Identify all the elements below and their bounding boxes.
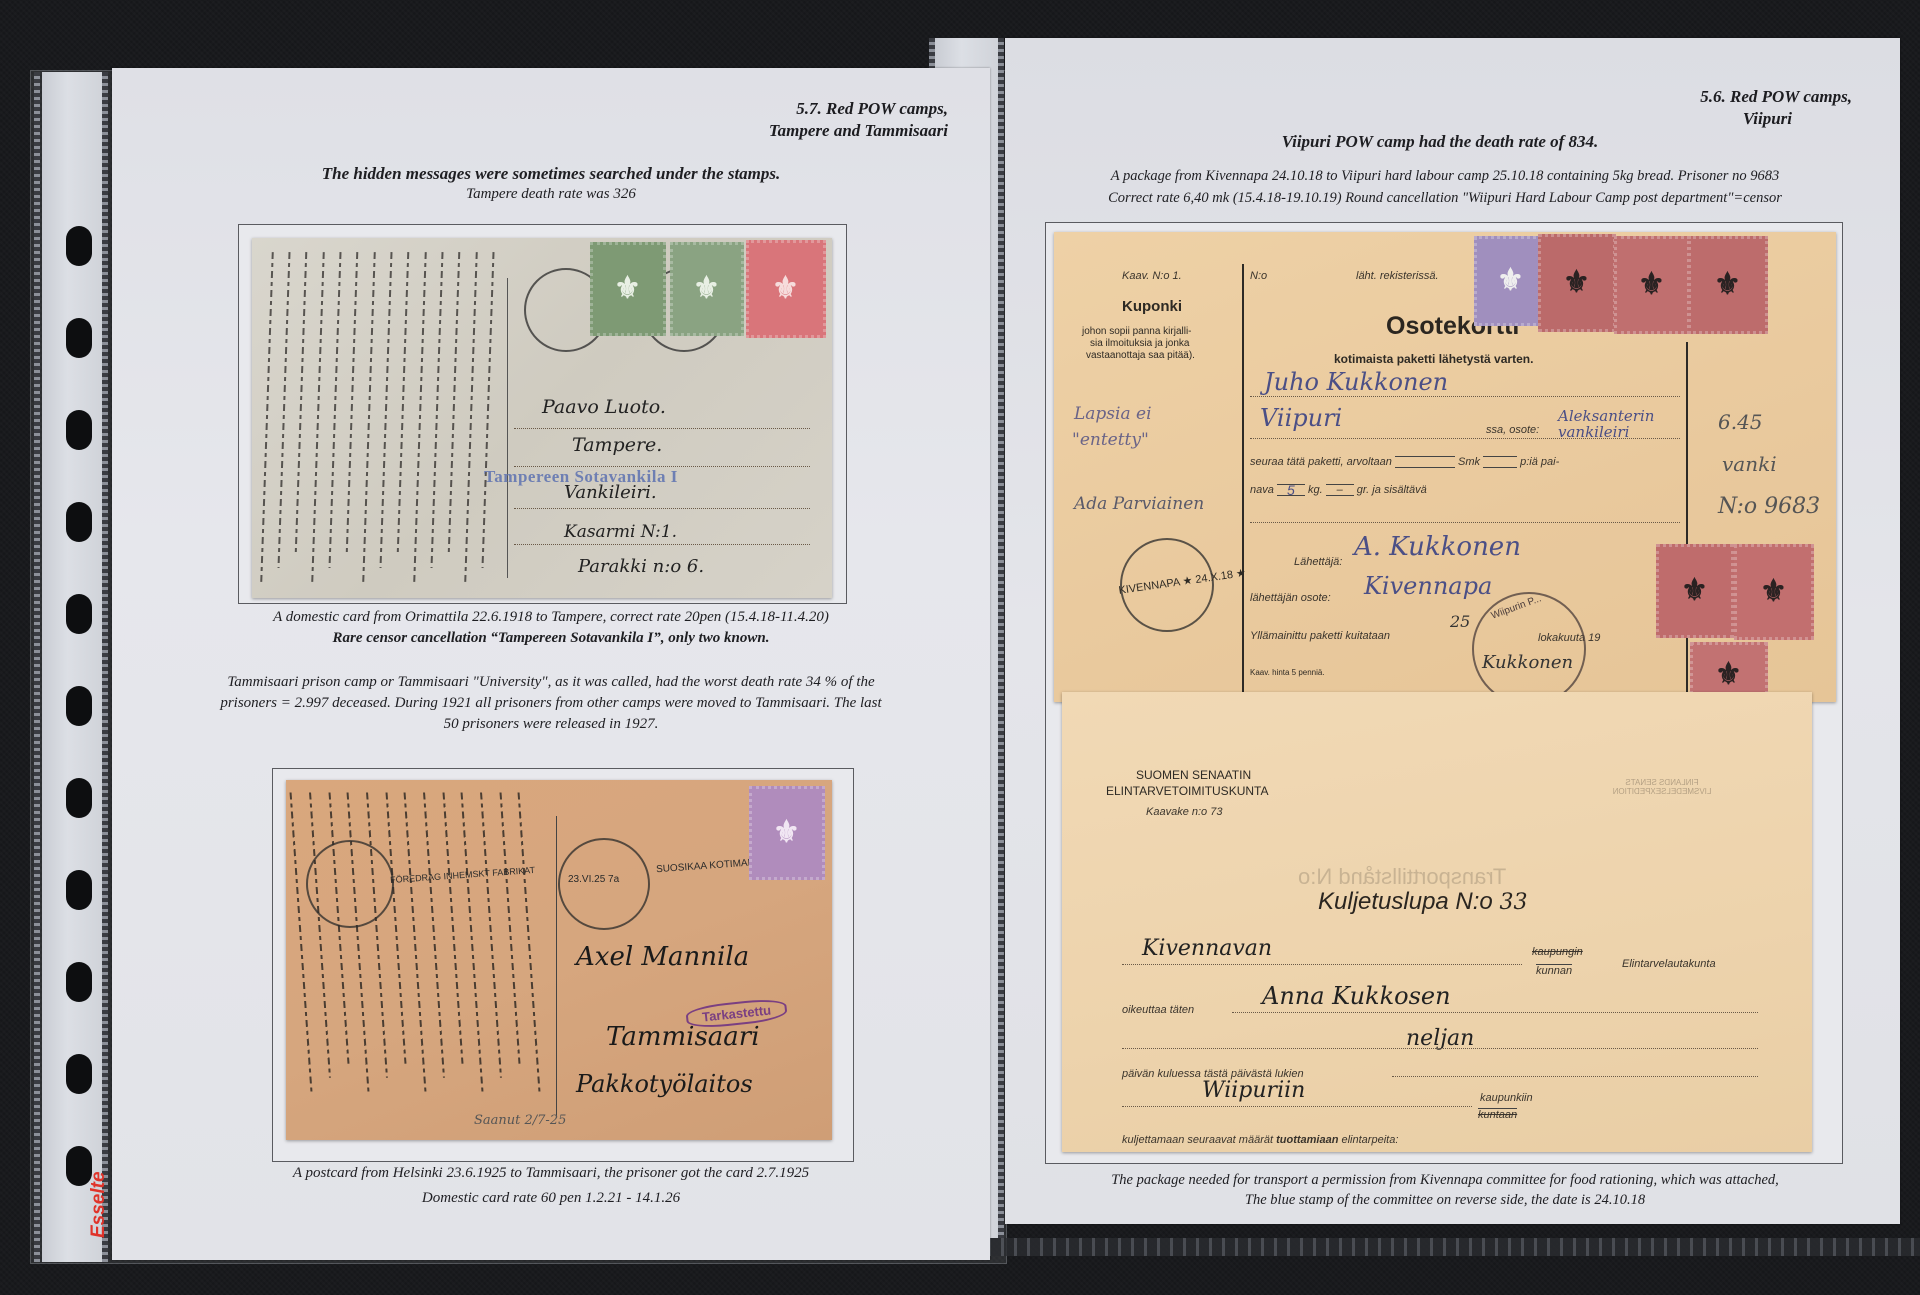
- postage-stamp-1mk: ⚜: [1734, 544, 1814, 640]
- handwriting-stroke: [295, 252, 308, 554]
- form-rule: [1250, 396, 1680, 397]
- form-rule: [1250, 438, 1680, 439]
- lion-emblem-icon: ⚜: [1760, 577, 1788, 607]
- receipt-day: 25: [1450, 612, 1470, 631]
- postage-stamp-1mk: ⚜: [1656, 544, 1734, 638]
- address-line: Pakkotyölaitos: [576, 1070, 753, 1098]
- heading-line: 5.6. Red POW camps,: [1700, 86, 1852, 108]
- coupon-note: "entetty": [1072, 430, 1149, 450]
- reg-label: N:o: [1250, 270, 1267, 282]
- handwriting-stroke: [464, 252, 478, 582]
- lion-emblem-icon: ⚜: [1497, 266, 1525, 296]
- address-line: Kasarmi N:1.: [564, 522, 677, 542]
- side-note: 6.45: [1718, 410, 1763, 434]
- kunnan: kunnan: [1536, 964, 1572, 977]
- recipient-name: Juho Kukkonen: [1264, 368, 1448, 396]
- permit-title: Kuljetuslupa N:o 33: [1318, 888, 1527, 916]
- lion-emblem-icon: ⚜: [1714, 270, 1742, 300]
- item2-caption-2: Domestic card rate 60 pen 1.2.21 - 14.1.…: [112, 1190, 990, 1207]
- destination: Wiipuriin: [1202, 1078, 1305, 1103]
- ghost-issuer: FINLANDS SENATS LIVSMEDELSEXPEDITION: [1602, 778, 1722, 796]
- form-rule: [1122, 1048, 1758, 1049]
- value-field: [1395, 456, 1455, 468]
- gr-label: gr. ja sisältävä: [1357, 484, 1427, 496]
- permit-number: 33: [1499, 890, 1527, 915]
- divider-line: [507, 278, 508, 578]
- postmark-helsinki: [306, 840, 394, 928]
- sender-label: Lähettäjä:: [1294, 556, 1342, 568]
- address-label: ssa, osote:: [1486, 424, 1539, 436]
- permit-form-no: Kaavake n:o 73: [1146, 806, 1222, 818]
- item1-caption-2: Rare censor cancellation “Tampereen Sota…: [112, 630, 990, 647]
- caption-line-1: The package needed for transport a permi…: [1005, 1172, 1885, 1189]
- postage-stamp-5p: ⚜: [670, 242, 744, 336]
- punch-hole: [66, 870, 92, 910]
- address-line: Paavo Luoto.: [542, 396, 666, 418]
- smk-text: Smk: [1458, 456, 1480, 468]
- form-price: Kaav. hinta 5 penniä.: [1250, 668, 1325, 677]
- handwriting-stroke: [366, 792, 388, 1077]
- transport-text: kuljettamaan seuraavat määrät: [1122, 1134, 1273, 1146]
- handwriting-stroke: [328, 252, 341, 568]
- lion-emblem-icon: ⚜: [772, 274, 800, 304]
- divider-line: [556, 816, 557, 1116]
- caption-line-2: The blue stamp of the committee on rever…: [1005, 1192, 1885, 1209]
- sender-address: Kivennapa: [1364, 572, 1492, 600]
- form-rule: [1232, 1012, 1758, 1013]
- handwriting-stroke: [260, 252, 274, 582]
- postmark-date: 23.VI.25 7a: [568, 874, 619, 885]
- board: Elintarvelautakunta: [1622, 958, 1716, 970]
- handwriting-stroke: [309, 792, 331, 1077]
- coupon-text: vastaanottaja saa pitää).: [1086, 350, 1195, 361]
- paragraph-line-2: prisoners = 2.997 deceased. During 1921 …: [112, 695, 990, 712]
- coupon-note: Lapsia ei: [1074, 404, 1152, 424]
- coupon-form-no: Kaav. N:o 1.: [1122, 270, 1182, 282]
- handwriting-stroke: [347, 792, 370, 1091]
- prisoner-number: N:o 9683: [1718, 494, 1820, 519]
- permit-holder: Anna Kukkosen: [1262, 982, 1451, 1010]
- kaupunkiin: kaupunkiin: [1480, 1092, 1533, 1104]
- form-rule: [1122, 964, 1522, 965]
- issuer-line: SUOMEN SENAATIN: [1136, 768, 1251, 782]
- received-note: Saanut 2/7-25: [474, 1113, 566, 1128]
- parcel-address-card[interactable]: Kaav. N:o 1. Kuponki johon sopii panna k…: [1054, 232, 1836, 702]
- coupon-signature: Ada Parviainen: [1074, 494, 1204, 514]
- side-note: vanki: [1722, 452, 1777, 476]
- handwriting-stroke: [329, 792, 350, 1063]
- lion-emblem-icon: ⚜: [693, 274, 721, 304]
- punch-hole: [66, 410, 92, 450]
- form-rule: [1250, 522, 1680, 523]
- postcard-tammisaari[interactable]: 23.VI.25 7a SUOSIKAA KOTIMAISTA T FÖREDR…: [286, 780, 832, 1140]
- punch-hole: [66, 686, 92, 726]
- item1-caption-1: A domestic card from Orimattila 22.6.191…: [112, 609, 990, 626]
- strip-perforation: [34, 72, 40, 1262]
- address-line: Axel Mannila: [576, 942, 749, 972]
- receipt-label: Yllämainittu paketti kuitataan: [1250, 630, 1390, 642]
- postage-stamp-10p: ⚜: [746, 240, 826, 338]
- value-label: seuraa tätä paketti, arvoltaan Smk p:iä …: [1250, 456, 1559, 468]
- page-heading: 5.6. Red POW camps, Viipuri: [1700, 86, 1852, 130]
- handwriting-stroke: [290, 792, 313, 1091]
- address-rule: [514, 508, 810, 509]
- address-line: Tampere.: [572, 434, 662, 456]
- reg-suffix: läht. rekisterissä.: [1356, 270, 1439, 282]
- postage-stamp-1mk: ⚜: [1538, 234, 1616, 332]
- coupon-title: Kuponki: [1122, 298, 1182, 315]
- handwriting-stroke: [518, 792, 541, 1091]
- handwriting-stroke: [379, 252, 392, 568]
- intro-bold: The hidden messages were sometimes searc…: [112, 164, 990, 184]
- coupon-text: sia ilmoituksia ja jonka: [1090, 338, 1190, 349]
- postage-stamp-50p: ⚜: [749, 786, 825, 880]
- handwriting-stroke: [500, 792, 521, 1063]
- form-subtitle: kotimaista paketti lähetystä varten.: [1334, 352, 1533, 366]
- municipality: Kivennavan: [1142, 936, 1272, 961]
- recipient-city: Viipuri: [1260, 404, 1342, 432]
- handwriting-stroke: [430, 252, 443, 568]
- punch-hole: [66, 318, 92, 358]
- weight-row: nava 5 kg. – gr. ja sisältävä: [1250, 484, 1427, 496]
- intro-bold: Viipuri POW camp had the death rate of 8…: [1005, 132, 1875, 152]
- strip-perforation: [998, 38, 1004, 1238]
- handwriting-stroke: [480, 792, 502, 1077]
- punch-hole: [66, 962, 92, 1002]
- strip-perforation: [102, 72, 108, 1262]
- address-line: Vankileiri.: [564, 482, 657, 503]
- transport-bold: tuottamiaan: [1276, 1134, 1338, 1146]
- ghost-title: Transporttillstånd N:o: [1298, 864, 1506, 890]
- coupon-divider: [1242, 264, 1244, 694]
- address-line: Parakki n:o 6.: [578, 556, 704, 577]
- right-column-divider: [1686, 342, 1688, 702]
- heading-line: 5.7. Red POW camps,: [769, 98, 948, 120]
- penni-field: [1483, 456, 1517, 468]
- form-rule: [1122, 1106, 1472, 1107]
- handwriting-stroke: [346, 252, 359, 554]
- transport-permit[interactable]: SUOMEN SENAATIN ELINTARVETOIMITUSKUNTA K…: [1062, 692, 1812, 1152]
- heading-line: Tampere and Tammisaari: [769, 120, 948, 142]
- lion-emblem-icon: ⚜: [1681, 576, 1709, 606]
- weight-prefix: nava: [1250, 484, 1274, 496]
- handwriting-stroke: [397, 252, 410, 554]
- postage-stamp-5p: ⚜: [590, 242, 666, 336]
- handwriting-stroke: [386, 792, 407, 1063]
- permit-title-text: Kuljetuslupa N:o: [1318, 888, 1493, 915]
- handwriting-stroke: [423, 792, 445, 1077]
- handwriting-stroke: [404, 792, 427, 1091]
- address-rule: [514, 544, 810, 545]
- issuer-line: ELINTARVETOIMITUSKUNTA: [1106, 784, 1268, 798]
- punch-hole: [66, 502, 92, 542]
- postage-stamp-violet: ⚜: [1474, 236, 1548, 326]
- handwriting-stroke: [362, 252, 376, 582]
- transport-tail: elintarpeita:: [1342, 1134, 1399, 1146]
- postage-stamp-1mk: ⚜: [1688, 236, 1768, 334]
- punch-hole: [66, 1054, 92, 1094]
- intro-sub: Tampere death rate was 326: [112, 186, 990, 203]
- weight-gr-value: –: [1326, 484, 1354, 496]
- address-line: Tammisaari: [606, 1022, 760, 1052]
- lion-emblem-icon: ⚜: [1638, 270, 1666, 300]
- intro-line-1: A package from Kivennapa 24.10.18 to Vii…: [1005, 168, 1885, 185]
- handwriting-stroke: [461, 792, 484, 1091]
- intro-line-2: Correct rate 6,40 mk (15.4.18-19.10.19) …: [1005, 190, 1885, 207]
- esselte-logo: Esselte: [88, 1171, 110, 1238]
- lion-emblem-icon: ⚜: [773, 818, 801, 848]
- handwriting-stroke: [413, 252, 427, 582]
- sender-name: A. Kukkonen: [1354, 532, 1521, 562]
- punch-hole: [66, 226, 92, 266]
- address-rule: [514, 466, 810, 467]
- handwriting-stroke: [481, 252, 494, 568]
- lion-emblem-icon: ⚜: [1715, 660, 1743, 690]
- heading-line: Viipuri: [1700, 108, 1792, 130]
- handwriting-stroke: [277, 252, 290, 568]
- machine-slogan: FÖREDRAG INHEMSKT FABRIKAT: [390, 865, 536, 885]
- handwriting-stroke: [443, 792, 464, 1063]
- lion-emblem-icon: ⚜: [614, 274, 642, 304]
- paragraph-line-1: Tammisaari prison camp or Tammisaari "Un…: [112, 674, 990, 691]
- pia-text: p:iä pai-: [1520, 456, 1559, 468]
- recipient-address: Aleksanterin vankileiri: [1558, 408, 1686, 440]
- postage-stamp-1mk: ⚜: [1614, 236, 1690, 334]
- handwriting-stroke: [448, 252, 461, 554]
- lion-emblem-icon: ⚜: [1563, 268, 1591, 298]
- address-rule: [514, 428, 810, 429]
- punch-hole: [66, 594, 92, 634]
- value-text: seuraa tätä paketti, arvoltaan: [1250, 456, 1392, 468]
- sleeve-bottom-edge: [930, 1238, 1920, 1256]
- kg-label: kg.: [1308, 484, 1323, 496]
- auth-label: oikeuttaa täten: [1122, 1004, 1194, 1016]
- kaupungin-struck: kaupungin: [1532, 946, 1583, 958]
- page-heading: 5.7. Red POW camps, Tampere and Tammisaa…: [769, 98, 948, 142]
- weight-kg-value: 5: [1277, 484, 1305, 496]
- transport-label: kuljettamaan seuraavat määrät tuottamiaa…: [1122, 1134, 1398, 1146]
- handwriting-stroke: [311, 252, 325, 582]
- postcard-tampere[interactable]: ⚜ ⚜ ⚜ Paavo Luoto. Tampere. Tampereen So…: [252, 238, 832, 598]
- paragraph-line-3: 50 prisoners were released in 1927.: [112, 716, 990, 733]
- item2-caption-1: A postcard from Helsinki 23.6.1925 to Ta…: [112, 1165, 990, 1182]
- punch-hole: [66, 778, 92, 818]
- sender-address-label: lähettäjän osote:: [1250, 592, 1331, 604]
- form-rule: [1392, 1076, 1758, 1077]
- kuntaan-struck: kuntaan: [1478, 1108, 1517, 1121]
- coupon-text: johon sopii panna kirjalli-: [1082, 326, 1192, 337]
